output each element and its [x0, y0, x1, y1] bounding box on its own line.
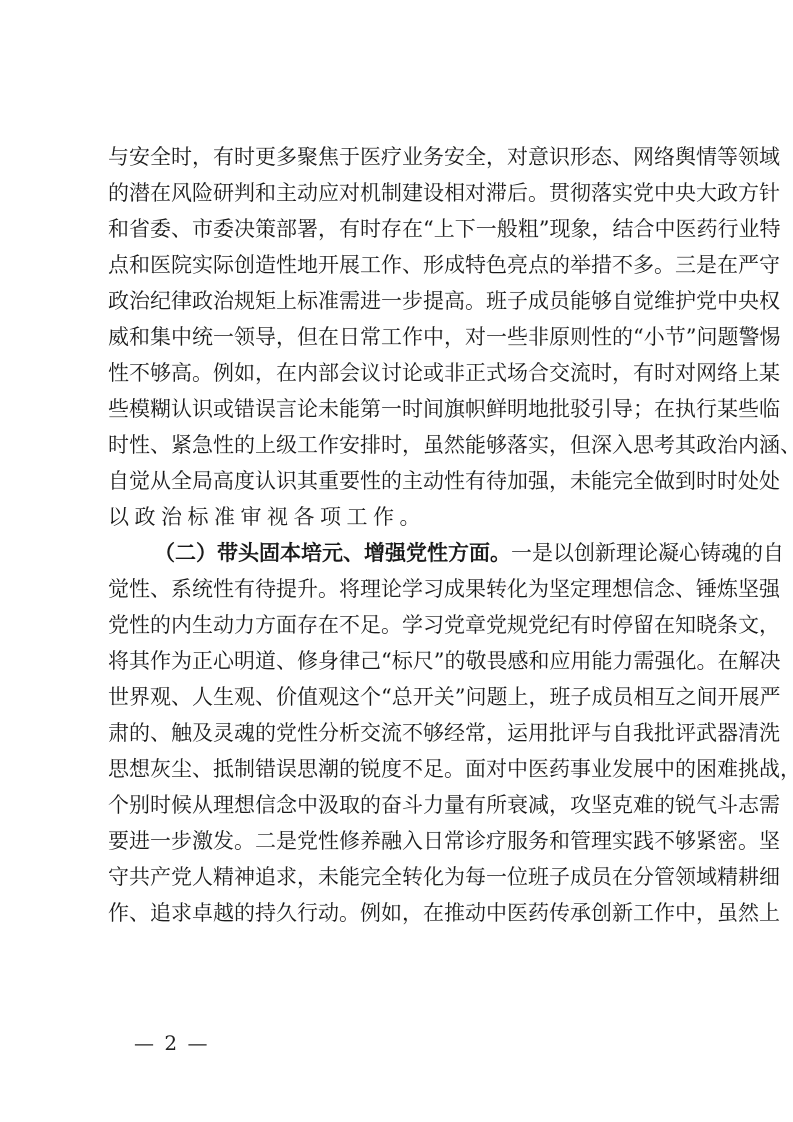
section-heading-continuation: 一是以创新理论凝心铸魂的自 — [511, 541, 784, 565]
text-line: 个别时候从理想信念中汲取的奋斗力量有所衰减，攻坚克难的锐气斗志需 — [108, 787, 694, 823]
text-line: 些模糊认识或错误言论未能第一时间旗帜鲜明地批驳引导；在执行某些临 — [108, 391, 694, 427]
body-text: 与安全时，有时更多聚焦于医疗业务安全，对意识形态、网络舆情等领域 的潜在风险研判… — [108, 139, 694, 931]
text-line: 自觉从全局高度认识其重要性的主动性有待加强，未能完全做到时时处处 — [108, 463, 694, 499]
text-line: 思想灰尘、抵制错误思潮的锐度不足。面对中医药事业发展中的困难挑战， — [108, 751, 694, 787]
text-line: 觉性、系统性有待提升。将理论学习成果转化为坚定理想信念、锤炼坚强 — [108, 571, 694, 607]
text-line: 作、追求卓越的持久行动。例如，在推动中医药传承创新工作中，虽然上 — [108, 895, 694, 931]
section-heading: （二）带头固本培元、增强党性方面。 — [154, 540, 511, 565]
text-line: 威和集中统一领导，但在日常工作中，对一些非原则性的“小节”问题警惕 — [108, 319, 694, 355]
text-line: 和省委、市委决策部署，有时存在“上下一般粗”现象，结合中医药行业特 — [108, 211, 694, 247]
text-line: 与安全时，有时更多聚焦于医疗业务安全，对意识形态、网络舆情等领域 — [108, 139, 694, 175]
text-line: 守共产党人精神追求，未能完全转化为每一位班子成员在分管领域精耕细 — [108, 859, 694, 895]
text-line: 要进一步激发。二是党性修养融入日常诊疗服务和管理实践不够紧密。坚 — [108, 823, 694, 859]
text-line: 时性、紧急性的上级工作安排时，虽然能够落实，但深入思考其政治内涵、 — [108, 427, 694, 463]
text-line: 的潜在风险研判和主动应对机制建设相对滞后。贯彻落实党中央大政方针 — [108, 175, 694, 211]
text-line: 政治纪律政治规矩上标准需进一步提高。班子成员能够自觉维护党中央权 — [108, 283, 694, 319]
text-line-paragraph-end: 以政治标准审视各项工作。 — [108, 499, 694, 535]
text-line: 党性的内生动力方面存在不足。学习党章党规党纪有时停留在知晓条文， — [108, 607, 694, 643]
text-line: 点和医院实际创造性地开展工作、形成特色亮点的举措不多。三是在严守 — [108, 247, 694, 283]
document-page: 与安全时，有时更多聚焦于医疗业务安全，对意识形态、网络舆情等领域 的潜在风险研判… — [0, 0, 793, 1122]
text-line: 性不够高。例如，在内部会议讨论或非正式场合交流时，有时对网络上某 — [108, 355, 694, 391]
section-heading-line: （二）带头固本培元、增强党性方面。一是以创新理论凝心铸魂的自 — [108, 535, 694, 571]
text-line: 肃的、触及灵魂的党性分析交流不够经常，运用批评与自我批评武器清洗 — [108, 715, 694, 751]
text-line: 将其作为正心明道、修身律己“标尺”的敬畏感和应用能力需强化。在解决 — [108, 643, 694, 679]
text-line: 世界观、人生观、价值观这个“总开关”问题上，班子成员相互之间开展严 — [108, 679, 694, 715]
page-number: — 2 — — [134, 1029, 209, 1057]
